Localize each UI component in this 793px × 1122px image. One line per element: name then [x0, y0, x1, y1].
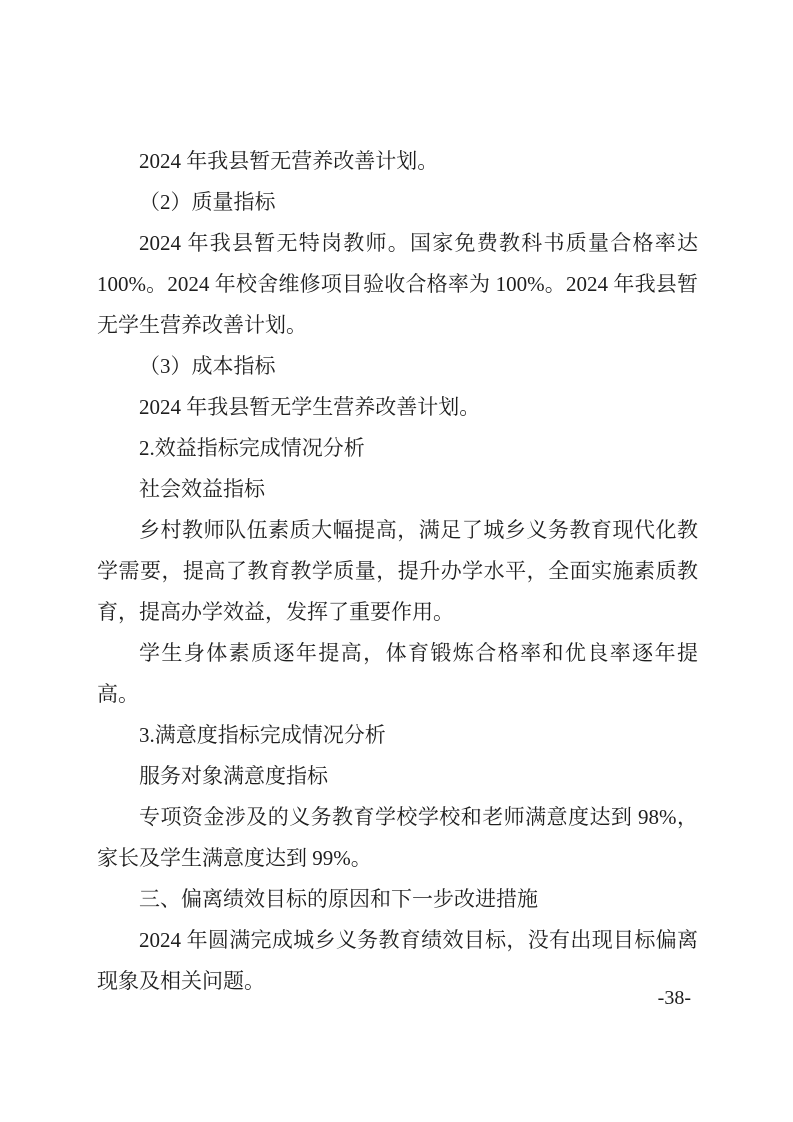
paragraph: 社会效益指标 [97, 469, 698, 510]
paragraph: （3）成本指标 [97, 346, 698, 387]
paragraph: 乡村教师队伍素质大幅提高，满足了城乡义务教育现代化教学需要，提高了教育教学质量，… [97, 510, 698, 633]
page-number: -38- [658, 986, 691, 1010]
paragraph: 2024 年我县暂无学生营养改善计划。 [97, 387, 698, 428]
section-heading: 三、偏离绩效目标的原因和下一步改进措施 [97, 879, 698, 920]
paragraph: 2024 年圆满完成城乡义务教育绩效目标，没有出现目标偏离现象及相关问题。 [97, 920, 698, 1002]
paragraph: 学生身体素质逐年提高，体育锻炼合格率和优良率逐年提高。 [97, 633, 698, 715]
paragraph: 3.满意度指标完成情况分析 [97, 715, 698, 756]
paragraph: 2024 年我县暂无营养改善计划。 [97, 141, 698, 182]
paragraph: 专项资金涉及的义务教育学校学校和老师满意度达到 98%，家长及学生满意度达到 9… [97, 797, 698, 879]
paragraph: 2024 年我县暂无特岗教师。国家免费教科书质量合格率达 100%。2024 年… [97, 223, 698, 346]
paragraph: 服务对象满意度指标 [97, 756, 698, 797]
paragraph: 2.效益指标完成情况分析 [97, 428, 698, 469]
document-page-content: 2024 年我县暂无营养改善计划。 （2）质量指标 2024 年我县暂无特岗教师… [97, 141, 698, 1002]
paragraph: （2）质量指标 [97, 182, 698, 223]
